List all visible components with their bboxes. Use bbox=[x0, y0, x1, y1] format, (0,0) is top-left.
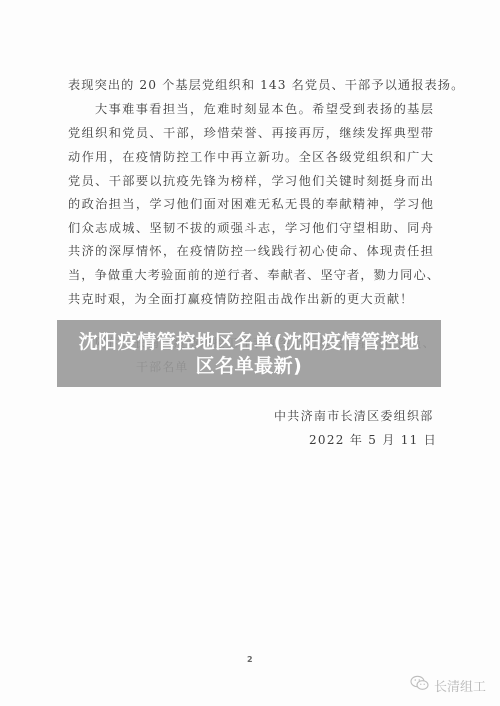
body-line-7: 们众志成城、坚韧不拔的顽强斗志，学习他们守望相助、同舟 bbox=[68, 220, 434, 236]
body-line-1: 表现突出的 20 个基层党组织和 143 名党员、干部予以通报表扬。 bbox=[68, 77, 434, 93]
watermark-label: 长清组工 bbox=[434, 676, 486, 695]
body-line-8: 共济的深厚情怀，在疫情防控一线践行初心使命、体现责任担 bbox=[68, 243, 434, 259]
signature-date: 2022 年 5 月 11 日 bbox=[309, 431, 437, 448]
body-line-2: 大事难事看担当，危难时刻显本色。希望受到表扬的基层 bbox=[95, 101, 434, 117]
body-line-3: 党组织和党员、干部，珍惜荣誉、再接再厉，继续发挥典型带 bbox=[68, 125, 434, 141]
page-number: 2 bbox=[247, 655, 253, 664]
document-page: 表现突出的 20 个基层党组织和 143 名党员、干部予以通报表扬。 大事难事看… bbox=[0, 0, 500, 706]
source-watermark: 长清组工 bbox=[410, 676, 486, 694]
signature-org: 中共济南市长清区委组织部 bbox=[274, 407, 434, 424]
wechat-icon bbox=[410, 675, 430, 695]
body-line-10: 共克时艰，为全面打赢疫情防控阻击战作出新的更大贡献！ bbox=[68, 291, 434, 307]
overlay-title: 沈阳疫情管控地区名单(沈阳疫情管控地区名单最新) bbox=[69, 330, 429, 378]
body-line-5: 党员、干部要以抗疫先锋为榜样，学习他们关键时刻挺身而出 bbox=[68, 173, 434, 189]
body-line-9: 当，争做重大考验面前的逆行者、奉献者、坚守者，勠力同心、 bbox=[68, 267, 434, 283]
body-line-6: 的政治担当，学习他们面对困难无私无畏的奉献精神，学习他 bbox=[68, 196, 434, 212]
title-overlay-banner: 沈阳疫情管控地区名单(沈阳疫情管控地区名单最新) bbox=[57, 320, 441, 387]
body-line-4: 动作用，在疫情防控工作中再立新功。全区各级党组织和广大 bbox=[68, 149, 434, 165]
